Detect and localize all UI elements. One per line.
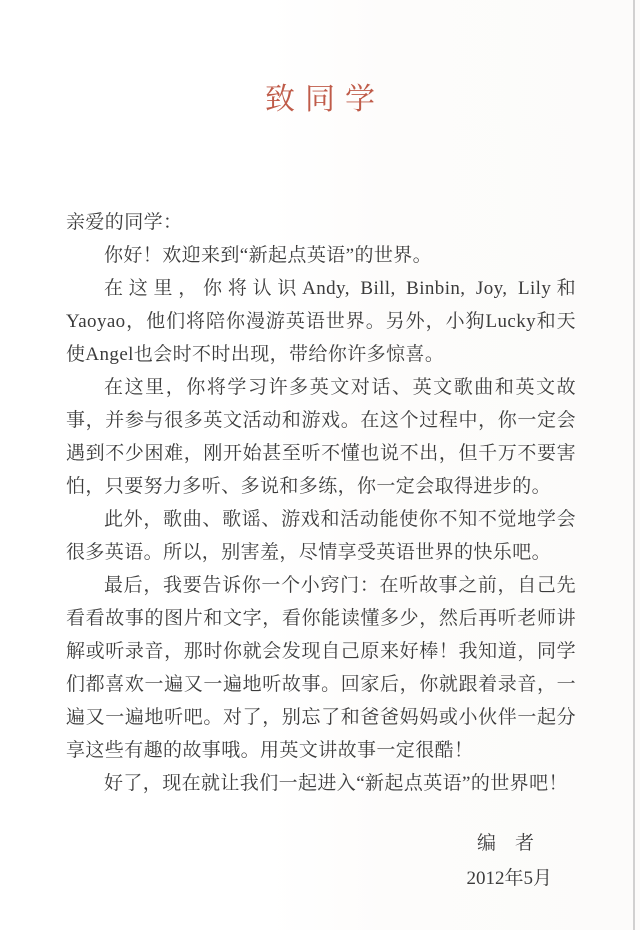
page-edge-line [633, 0, 635, 930]
page-title: 致同学 [0, 0, 640, 118]
paragraph-learning: 在这里，你将学习许多英文对话、英文歌曲和英文故事，并参与很多英文活动和游戏。在这… [66, 371, 576, 503]
signature-author: 编 者 [0, 826, 552, 861]
salutation: 亲爱的同学： [66, 206, 576, 239]
paragraph-characters: 在这里，你将认识Andy, Bill, Binbin, Joy, Lily和Ya… [66, 272, 576, 371]
paragraph-songs-games: 此外，歌曲、歌谣、游戏和活动能使你不知不觉地学会很多英语。所以，别害羞，尽情享受… [66, 503, 576, 569]
paragraph-tip: 最后，我要告诉你一个小窍门：在听故事之前，自己先看看故事的图片和文字，看你能读懂… [66, 569, 576, 767]
scanned-book-page: 致同学 亲爱的同学： 你好！欢迎来到“新起点英语”的世界。 在这里，你将认识An… [0, 0, 640, 930]
preface-body: 亲爱的同学： 你好！欢迎来到“新起点英语”的世界。 在这里，你将认识Andy, … [0, 118, 640, 800]
paragraph-closing: 好了，现在就让我们一起进入“新起点英语”的世界吧！ [66, 767, 576, 800]
signature-date: 2012年5月 [0, 861, 552, 896]
paragraph-welcome: 你好！欢迎来到“新起点英语”的世界。 [66, 239, 576, 272]
signature-block: 编 者 2012年5月 [0, 826, 552, 896]
